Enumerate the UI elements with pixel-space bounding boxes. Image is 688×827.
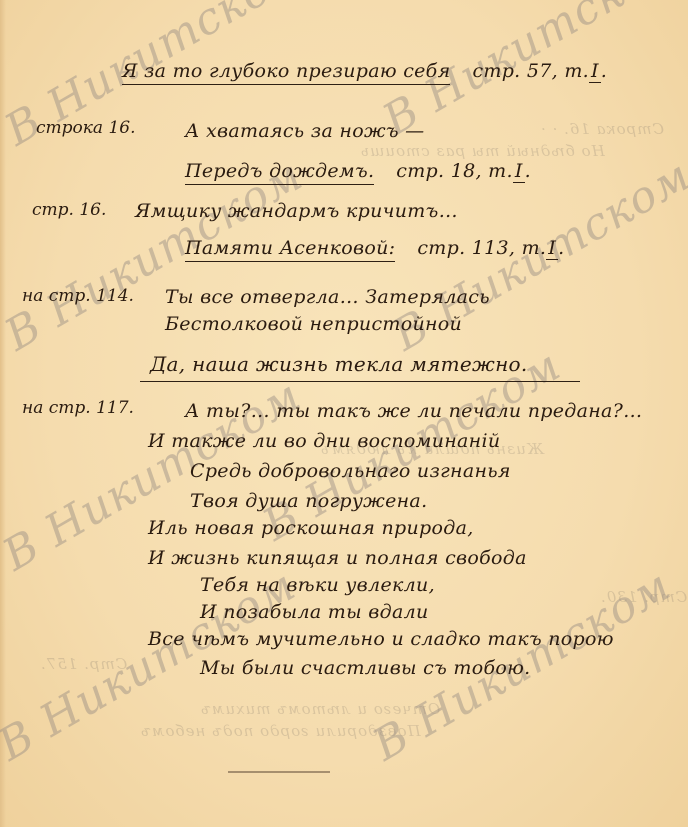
margin-note: строка 16. — [36, 118, 136, 138]
verse-line: Мы были счастливы съ тобою. — [200, 657, 530, 679]
verse-line: А ты?… ты такъ же ли печали предана?… — [185, 400, 642, 422]
verse-line: Все чѣмъ мучительно и сладко такъ порою — [148, 628, 614, 650]
verse-line: Бестолковой непристойной — [165, 313, 462, 335]
ref-page: 113, — [472, 237, 516, 259]
ref-prefix: стр. — [396, 160, 444, 182]
margin-note: стр. 16. — [32, 200, 106, 220]
ref-vol-prefix: т. — [488, 160, 513, 182]
ref-vol-prefix: т. — [522, 237, 547, 259]
verse-line: А хватаясь за ножъ — — [185, 120, 424, 142]
poem-title: Я за то глубоко презираю себя — [122, 60, 450, 85]
entry-title-line: Да, наша жизнь текла мятежно. — [150, 352, 528, 376]
ref-volume: I — [513, 160, 525, 183]
entry-title-line: Я за то глубоко презираю себястр. 57, т.… — [122, 60, 607, 82]
page-reference: стр. 57, т.I. — [472, 60, 607, 82]
ref-page: 57, — [527, 60, 558, 82]
title-underline — [140, 381, 580, 382]
verse-line: Иль новая роскошная природа, — [148, 517, 474, 539]
poem-title: Передъ дождемъ. — [185, 160, 374, 185]
verse-line: Тебя на вѣки увлекли, — [200, 574, 435, 596]
ref-volume: I — [589, 60, 601, 83]
page-reference: стр. 113, т.I. — [417, 237, 564, 259]
bleed-through-text: Строка 16. · · — [540, 120, 664, 138]
verse-line: И позабыла ты вдали — [200, 601, 429, 623]
bleed-through-text: Но бѣдный ты раз стоишь — [360, 142, 605, 160]
manuscript-page: Строка 16. · · Но бѣдный ты раз стоишь С… — [0, 0, 688, 827]
ref-vol-prefix: т. — [564, 60, 589, 82]
entry-title-line: Памяти Асенковой:стр. 113, т.I. — [185, 237, 564, 259]
margin-note: на стр. 114. — [22, 286, 134, 306]
page-reference: стр. 18, т.I. — [396, 160, 531, 182]
verse-line: И жизнь кипящая и полная свобода — [148, 547, 527, 569]
ref-page: 18, — [451, 160, 482, 182]
verse-line: Ты все отвергла… Затерялась — [165, 286, 490, 308]
verse-line: Ямщику жандармъ кричитъ… — [135, 200, 458, 222]
closing-rule — [228, 771, 330, 773]
margin-note: на стр. 117. — [22, 398, 134, 418]
ref-volume: I — [546, 237, 558, 260]
entry-title-line: Передъ дождемъ.стр. 18, т.I. — [185, 160, 531, 182]
verse-line: И также ли во дни воспоминаній — [148, 430, 500, 452]
verse-line: Твоя душа погружена. — [190, 490, 427, 512]
poem-title: Да, наша жизнь текла мятежно. — [150, 352, 528, 376]
poem-title: Памяти Асенковой: — [185, 237, 395, 262]
ref-prefix: стр. — [417, 237, 465, 259]
verse-line: Средь добровольнаго изгнанья — [190, 460, 511, 482]
ref-prefix: стр. — [472, 60, 520, 82]
